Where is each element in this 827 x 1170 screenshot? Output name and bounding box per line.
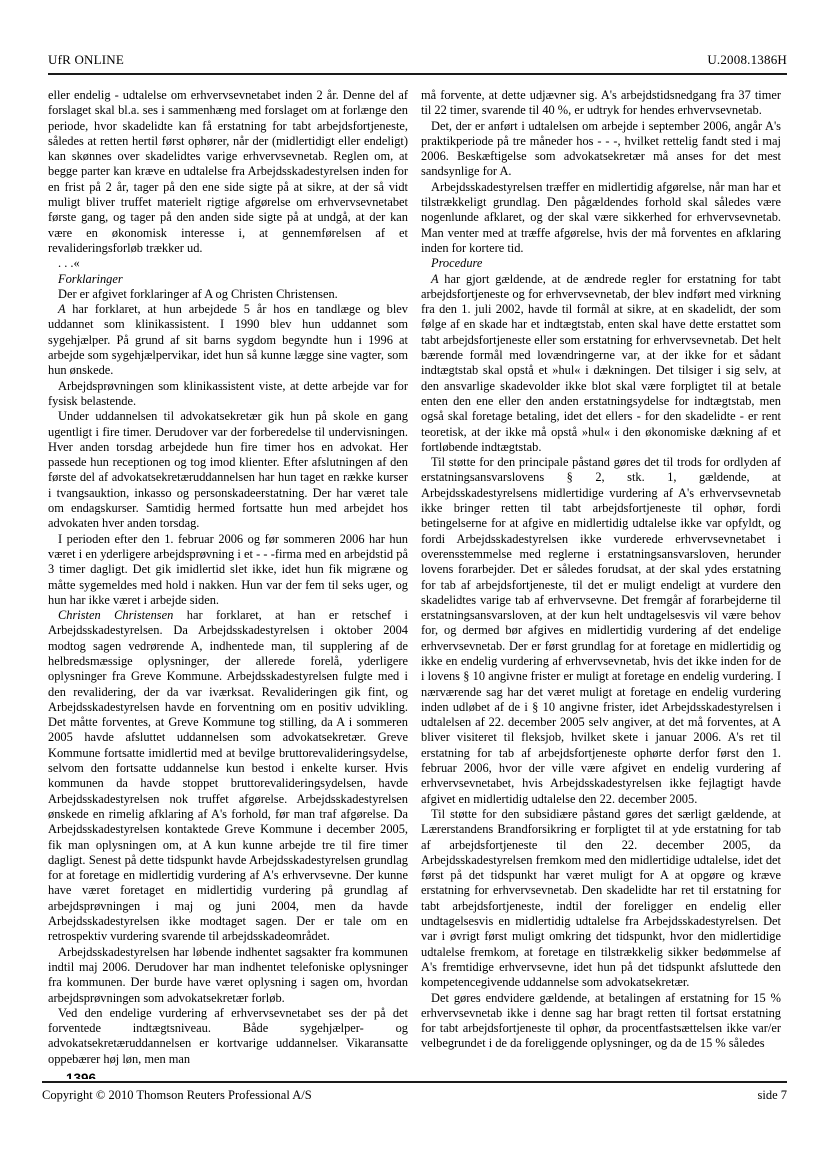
page-number-marker: 1396 [48, 1071, 408, 1079]
paragraph: Til støtte for den principale påstand gø… [421, 455, 781, 807]
page-header: UfR ONLINE U.2008.1386H [48, 52, 787, 75]
paragraph: Det gøres endvidere gældende, at betalin… [421, 991, 781, 1052]
italic-lead: Christen Christensen [58, 608, 187, 622]
paragraph: A har forklaret, at hun arbejdede 5 år h… [48, 302, 408, 378]
case-reference: U.2008.1386H [707, 52, 787, 68]
text-columns: eller endelig - udtalelse om erhvervsevn… [48, 88, 781, 1079]
paragraph: Det, der er anført i udtalelsen om arbej… [421, 119, 781, 180]
document-page: UfR ONLINE U.2008.1386H eller endelig - … [0, 0, 827, 1170]
section-heading-procedure: Procedure [421, 256, 781, 271]
publication-title: UfR ONLINE [48, 52, 124, 68]
paragraph: Arbejdsskadestyrelsen træffer en midlert… [421, 180, 781, 256]
continued-paragraph: må forvente, at dette udjævner sig. A's … [421, 88, 781, 119]
paragraph: Ved den endelige vurdering af erhvervsev… [48, 1006, 408, 1067]
left-column: eller endelig - udtalelse om erhvervsevn… [48, 88, 408, 1079]
paragraph: Arbejdsprøvningen som klinikassistent vi… [48, 379, 408, 410]
footer-copyright: Copyright © 2010 Thomson Reuters Profess… [42, 1088, 312, 1103]
italic-lead: A [58, 302, 72, 316]
continued-paragraph: eller endelig - udtalelse om erhvervsevn… [48, 88, 408, 256]
italic-lead: A [431, 272, 444, 286]
footer-page-number: side 7 [757, 1088, 787, 1103]
paragraph: Arbejdsskadestyrelsen har løbende indhen… [48, 945, 408, 1006]
paragraph: Til støtte for den subsidiære påstand gø… [421, 807, 781, 991]
paragraph: Der er afgivet forklaringer af A og Chri… [48, 287, 408, 302]
quote-close-mark: . . .« [48, 256, 408, 271]
paragraph: I perioden efter den 1. februar 2006 og … [48, 532, 408, 608]
right-column: må forvente, at dette udjævner sig. A's … [421, 88, 781, 1079]
page-footer: Copyright © 2010 Thomson Reuters Profess… [42, 1081, 787, 1103]
section-heading-forklaringer: Forklaringer [48, 272, 408, 287]
paragraph: Christen Christensen har forklaret, at h… [48, 608, 408, 945]
paragraph: Under uddannelsen til advokatsekretær gi… [48, 409, 408, 531]
paragraph: A har gjort gældende, at de ændrede regl… [421, 272, 781, 456]
